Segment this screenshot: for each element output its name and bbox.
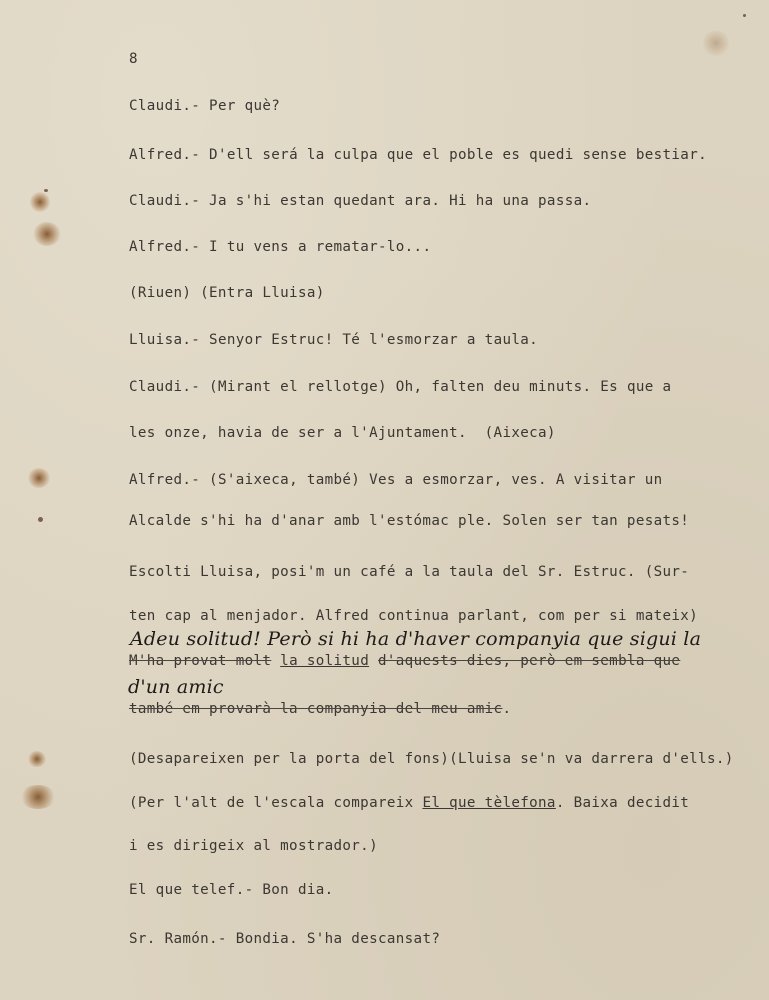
continuation-line: les onze, havia de ser a l'Ajuntament. (… bbox=[129, 424, 556, 442]
period: . bbox=[502, 701, 511, 717]
line-text: (S'aixeca, també) Ves a esmorzar, ves. A… bbox=[209, 472, 662, 488]
speaker: Lluisa.- bbox=[129, 332, 200, 348]
rust-stain bbox=[20, 785, 56, 809]
handwritten-correction: Adeu solitud! Però si hi ha d'haver comp… bbox=[130, 628, 701, 650]
dialogue-line: Alfred.- D'ell será la culpa que el pobl… bbox=[129, 146, 707, 164]
line-text: Bondia. S'ha descansat? bbox=[236, 931, 441, 947]
dialogue-line: Claudi.- Ja s'hi estan quedant ara. Hi h… bbox=[129, 192, 591, 210]
stage-direction: (Per l'alt de l'escala compareix El que … bbox=[129, 794, 689, 812]
stage-direction: i es dirigeix al mostrador.) bbox=[129, 837, 378, 855]
speaker: Claudi.- bbox=[129, 98, 200, 114]
rust-stain bbox=[703, 30, 729, 56]
character-name-underlined: El que tèlefona bbox=[422, 795, 555, 811]
corrected-typed-line: també em provarà la companyia del meu am… bbox=[129, 700, 511, 718]
speaker: Claudi.- bbox=[129, 193, 200, 209]
speaker: Alfred.- bbox=[129, 147, 200, 163]
struck-text: M'ha provat molt bbox=[129, 653, 271, 669]
dialogue-line: Alfred.- I tu vens a rematar-lo... bbox=[129, 238, 431, 256]
kept-text: la solitud bbox=[280, 653, 369, 669]
line-text: Bon dia. bbox=[262, 882, 333, 898]
ink-speck bbox=[38, 517, 43, 522]
continuation-line: Alcalde s'hi ha d'anar amb l'estómac ple… bbox=[129, 512, 689, 530]
speaker: Claudi.- bbox=[129, 379, 200, 395]
page-number: 8 bbox=[129, 50, 138, 68]
rust-stain bbox=[33, 222, 61, 246]
typewritten-script-page: 8 Claudi.- Per què? Alfred.- D'ell será … bbox=[0, 0, 769, 1000]
dialogue-line: Claudi.- (Mirant el rellotge) Oh, falten… bbox=[129, 378, 671, 396]
stage-direction: (Riuen) (Entra Lluisa) bbox=[129, 284, 325, 302]
line-text: Per què? bbox=[209, 98, 280, 114]
dialogue-line: Claudi.- Per què? bbox=[129, 97, 280, 115]
speaker: Alfred.- bbox=[129, 472, 200, 488]
ink-speck bbox=[743, 14, 746, 17]
line-text: D'ell será la culpa que el poble es qued… bbox=[209, 147, 707, 163]
line-text: Senyor Estruc! Té l'esmorzar a taula. bbox=[209, 332, 538, 348]
dialogue-line: El que telef.- Bon dia. bbox=[129, 881, 334, 899]
continuation-line: ten cap al menjador. Alfred continua par… bbox=[129, 607, 698, 625]
dialogue-line: Alfred.- (S'aixeca, també) Ves a esmorza… bbox=[129, 471, 663, 489]
speaker: Sr. Ramón.- bbox=[129, 931, 227, 947]
ink-speck bbox=[44, 189, 48, 192]
dialogue-line: Sr. Ramón.- Bondia. S'ha descansat? bbox=[129, 930, 440, 948]
line-text: Ja s'hi estan quedant ara. Hi ha una pas… bbox=[209, 193, 591, 209]
rust-stain bbox=[28, 468, 50, 488]
stage-direction: (Desapareixen per la porta del fons)(Llu… bbox=[129, 750, 734, 768]
rust-stain bbox=[30, 192, 50, 212]
direction-text: (Per l'alt de l'escala compareix bbox=[129, 795, 422, 811]
struck-text: d'aquests dies, però em sembla que bbox=[378, 653, 680, 669]
speaker: El que telef.- bbox=[129, 882, 253, 898]
rust-stain bbox=[28, 751, 46, 767]
continuation-line: Escolti Lluisa, posi'm un café a la taul… bbox=[129, 563, 689, 581]
struck-text: també em provarà la companyia del meu am… bbox=[129, 701, 502, 717]
line-text: I tu vens a rematar-lo... bbox=[209, 239, 431, 255]
line-text: (Mirant el rellotge) Oh, falten deu minu… bbox=[209, 379, 671, 395]
corrected-typed-line: M'ha provat molt la solitud d'aquests di… bbox=[129, 652, 680, 670]
speaker: Alfred.- bbox=[129, 239, 200, 255]
direction-text: . Baixa decidit bbox=[556, 795, 689, 811]
handwritten-correction: d'un amic bbox=[128, 676, 224, 698]
dialogue-line: Lluisa.- Senyor Estruc! Té l'esmorzar a … bbox=[129, 331, 538, 349]
